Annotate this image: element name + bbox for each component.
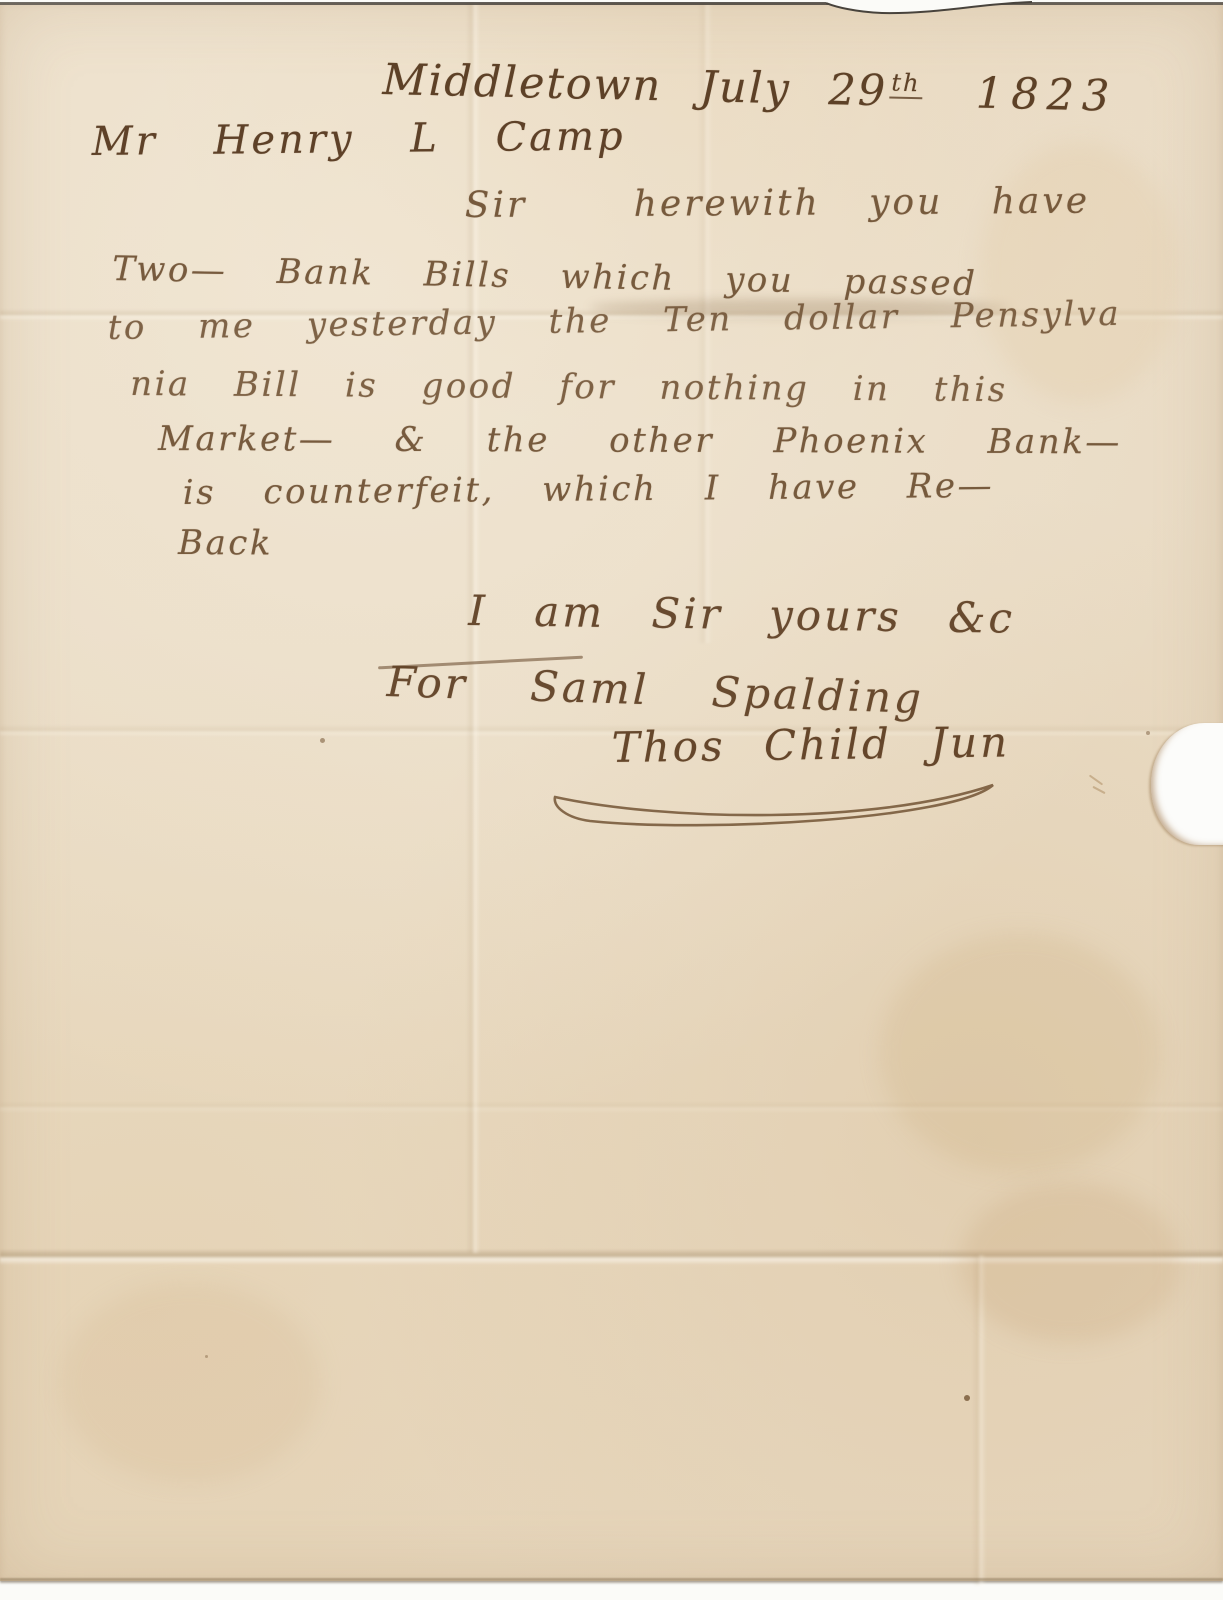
paper-top-edge-notch — [826, 0, 1032, 17]
dateline-year: 1823 — [975, 68, 1118, 121]
ink-speck — [205, 1355, 208, 1358]
signature: Thos Child Jun — [611, 717, 1010, 772]
body-line-2: to me yesterday the Ten dollar Pensylva — [107, 294, 1121, 348]
ink-speck — [320, 738, 325, 743]
faint-pen-mark — [1092, 786, 1105, 794]
dateline-place: Middletown — [382, 55, 663, 111]
paper-sheet: Middletown July 29th 1823 Mr Henry L Cam… — [0, 3, 1223, 1581]
faint-pen-mark — [1089, 775, 1103, 786]
dateline-ordinal-suffix: th — [889, 68, 923, 99]
opening-phrase: herewith you have — [634, 181, 1091, 225]
body-line-6: Back — [178, 523, 273, 563]
closing-line: I am Sir yours &c — [468, 586, 1015, 643]
body-line-4: Market— & the other Phoenix Bank— — [158, 419, 1122, 462]
body-line-1: Two— Bank Bills which you passed — [112, 249, 978, 304]
paper-stain — [880, 933, 1160, 1173]
letter-scan: Middletown July 29th 1823 Mr Henry L Cam… — [0, 0, 1223, 1600]
salutation: Sir — [465, 185, 528, 226]
signed-for-line: For Saml Spalding — [386, 657, 925, 723]
body-line-3: nia Bill is good for nothing in this — [130, 364, 1008, 410]
paper-bottom-edge-shadow — [0, 1578, 1223, 1581]
torn-hole — [1151, 723, 1223, 845]
paper-top-edge-shadow — [0, 2, 1223, 5]
signature-flourish — [545, 771, 1015, 831]
salutation-line: Sir herewith you have — [465, 181, 1090, 226]
recipient-line: Mr Henry L Camp — [92, 113, 626, 165]
dateline-month-day: July 29 — [699, 62, 887, 116]
paper-stain — [960, 1183, 1180, 1343]
paper-stain — [60, 1283, 320, 1483]
body-line-5: is counterfeit, which I have Re— — [183, 466, 995, 513]
dateline: Middletown July 29th 1823 — [382, 55, 1118, 122]
ink-speck — [1146, 731, 1150, 735]
ink-speck — [964, 1395, 970, 1401]
